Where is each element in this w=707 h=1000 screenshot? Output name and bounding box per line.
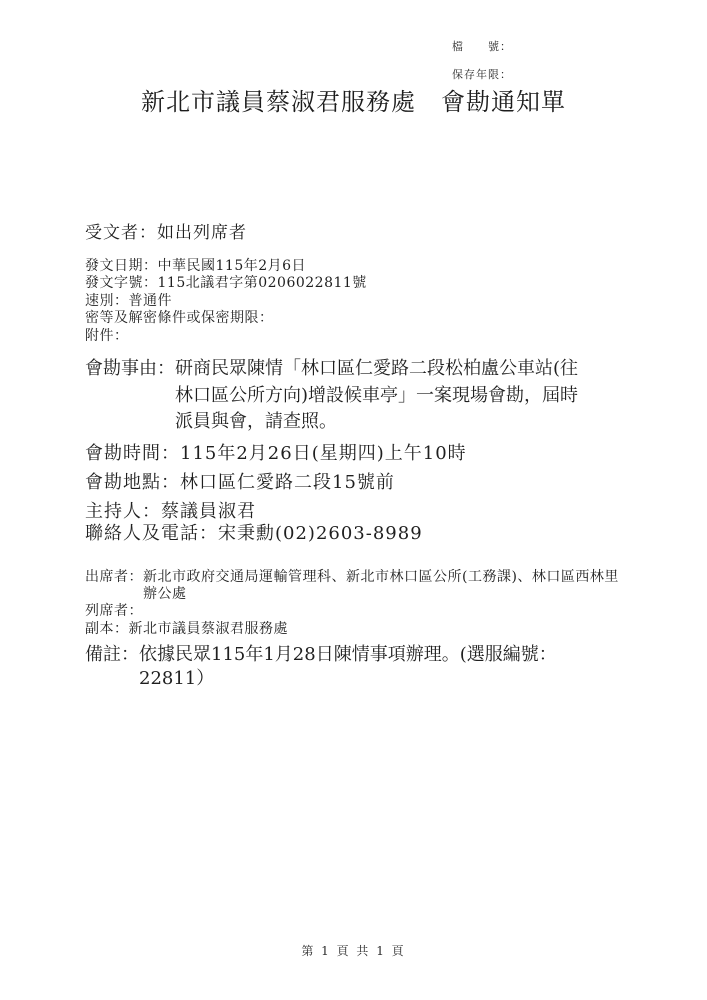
attendees-line: 出席者：新北市政府交通局運輸管理科、新北市林口區公所(工務課)、林口區西林里辦公… [85,569,637,604]
page-title: 新北市議員蔡淑君服務處 會勘通知單 [0,82,707,117]
doc-number-label: 發文字號： [85,275,158,292]
meta-block: 發文日期：中華民國115年2月6日 發文字號：115北議君字第020602281… [85,258,637,345]
recipient-line: 受文者：如出列席者 [85,221,637,245]
observers-line: 列席者： [85,603,637,620]
attendees-block: 出席者：新北市政府交通局運輸管理科、新北市林口區公所(工務課)、林口區西林里辦公… [85,569,637,639]
survey-location-line: 會勘地點：林口區仁愛路二段15號前 [85,472,637,494]
survey-subject-label: 會勘事由： [85,356,175,383]
survey-time-value: 115年2月26日(星期四)上午10時 [180,443,637,465]
host-value: 蔡議員淑君 [161,501,637,523]
survey-location-value: 林口區仁愛路二段15號前 [180,472,637,494]
security-label: 密等及解密條件或保密期限： [85,310,274,327]
host-label: 主持人： [85,501,161,523]
attendees-label: 出席者： [85,569,143,586]
attendees-value: 新北市政府交通局運輸管理科、新北市林口區公所(工務課)、林口區西林里辦公處 [143,569,633,604]
remark-line: 備註：依據民眾115年1月28日陳情事項辦理。(選服編號：22811） [85,643,637,691]
issue-date-label: 發文日期： [85,258,158,275]
survey-subject-value: 研商民眾陳情「林口區仁愛路二段松柏盧公車站(往林口區公所方向)增設候車亭」一案現… [175,356,590,436]
copy-to-value: 新北市議員蔡淑君服務處 [129,621,619,638]
issue-date-value: 中華民國115年2月6日 [158,258,638,275]
survey-location-label: 會勘地點： [85,472,180,494]
recipient-label: 受文者： [85,221,157,245]
issue-date-line: 發文日期：中華民國115年2月6日 [85,258,637,275]
remark-label: 備註： [85,643,139,667]
page-footer: 第 1 頁 共 1 頁 [0,942,707,959]
attachment-line: 附件： [85,328,637,345]
contact-value: 宋秉勳(02)2603-8989 [218,523,637,545]
doc-number-value: 115北議君字第0206022811號 [158,275,638,292]
survey-time-line: 會勘時間：115年2月26日(星期四)上午10時 [85,443,637,465]
observers-label: 列席者： [85,603,143,620]
doc-number-line: 發文字號：115北議君字第0206022811號 [85,275,637,292]
document-page: 檔 號： 保存年限： 新北市議員蔡淑君服務處 會勘通知單 受文者：如出列席者 發… [0,0,707,1000]
copy-to-line: 副本：新北市議員蔡淑君服務處 [85,621,637,638]
recipient-value: 如出列席者 [157,221,637,245]
survey-subject-line: 會勘事由：研商民眾陳情「林口區仁愛路二段松柏盧公車站(往林口區公所方向)增設候車… [85,356,590,436]
priority-label: 速別： [85,293,129,310]
attachment-label: 附件： [85,328,129,345]
priority-line: 速別：普通件 [85,293,637,310]
file-number-label: 檔 號： [452,33,512,61]
document-body: 受文者：如出列席者 發文日期：中華民國115年2月6日 發文字號：115北議君字… [85,221,637,691]
host-line: 主持人：蔡議員淑君 [85,501,637,523]
copy-to-label: 副本： [85,621,129,638]
contact-line: 聯絡人及電話：宋秉勳(02)2603-8989 [85,523,637,545]
file-header: 檔 號： 保存年限： [452,33,512,89]
priority-value: 普通件 [129,293,638,310]
remark-value: 依據民眾115年1月28日陳情事項辦理。(選服編號：22811） [139,643,564,691]
security-line: 密等及解密條件或保密期限： [85,310,637,327]
survey-time-label: 會勘時間： [85,443,180,465]
contact-label: 聯絡人及電話： [85,523,218,545]
